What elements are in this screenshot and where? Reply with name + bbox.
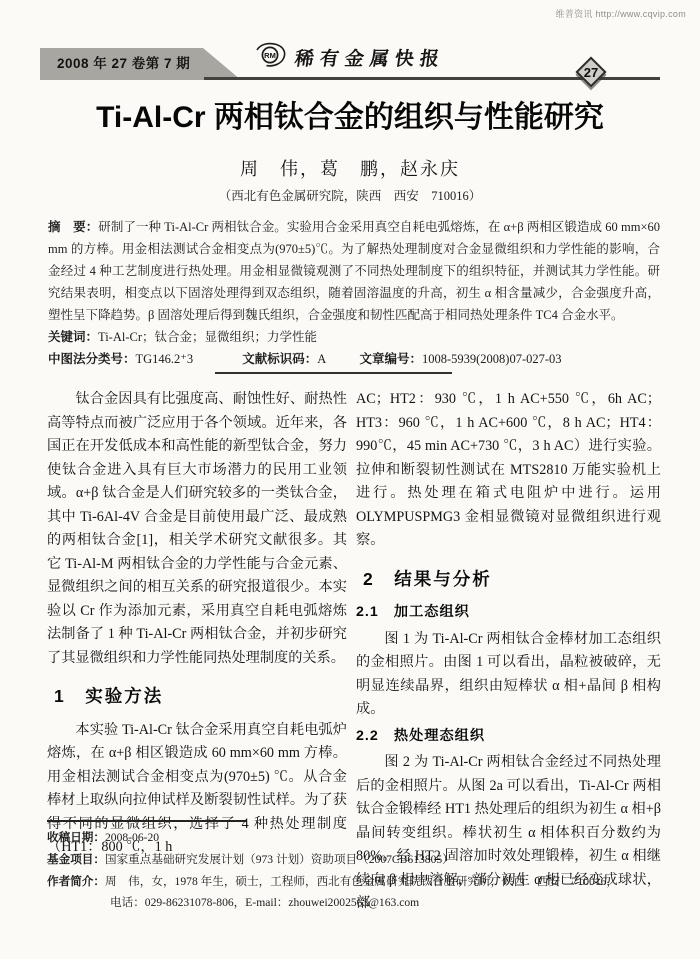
abstract-paragraph: 摘 要：研制了一种 Ti-Al-Cr 两相钛合金。实验用合金采用真空自耗电弧熔炼… [48,216,660,326]
watermark-text: 维普资讯 http://www.cqvip.com [555,7,686,20]
abstract-label: 摘 要： [48,220,98,234]
received-label: 收稿日期： [47,831,105,844]
abstract-block: 摘 要：研制了一种 Ti-Al-Cr 两相钛合金。实验用合金采用真空自耗电弧熔炼… [48,216,660,370]
abstract-text: 研制了一种 Ti-Al-Cr 两相钛合金。实验用合金采用真空自耗电弧熔炼，在 α… [48,220,660,322]
footer-block: 收稿日期：2008-06-20 基金项目：国家重点基础研究发展计划（973 计划… [47,827,662,914]
rm-logo-icon: RM [254,42,288,72]
journal-masthead-inner: RM 稀有金属快报 [254,42,445,72]
doc-code-pair: 文献标识码：A [242,348,326,370]
keywords-text: Ti-Al-Cr；钛合金；显微组织；力学性能 [98,330,317,344]
footer-divider [47,820,247,822]
doc-code-value: A [317,352,326,366]
journal-name: 稀有金属快报 [294,44,448,71]
received-row: 收稿日期：2008-06-20 [47,827,662,849]
section21-heading: 2.1 加工态组织 [356,601,661,625]
keywords-label: 关键词： [48,330,98,344]
page-number-badge: 27 [577,58,605,86]
keywords-line: 关键词：Ti-Al-Cr；钛合金；显微组织；力学性能 [48,326,660,348]
section1-heading: 1 实验方法 [54,685,347,709]
article-id-pair: 文章编号：1008-5939(2008)07-027-03 [359,348,561,370]
left-column: 钛合金因具有比强度高、耐蚀性好、耐热性高等特点而被广泛应用于各个领域。近年来，各… [47,388,347,860]
bio-line2: 电话：029-86231078-806，E-mail：zhouwei200256… [110,896,419,909]
section2-heading: 2 结果与分析 [363,568,661,592]
article-title: Ti-Al-Cr 两相钛合金的组织与性能研究 [0,92,700,136]
rm-logo-text: RM [265,51,277,60]
bio-contact-row: 电话：029-86231078-806，E-mail：zhouwei200256… [47,892,662,914]
bio-row: 作者简介：周 伟，女，1978 年生，硕士，工程师，西北有色金属研究院钛合金研究… [47,871,662,893]
article-id-label: 文章编号： [359,352,422,366]
affiliation-line: （西北有色金属研究院，陕西 西安 710016） [0,186,700,204]
clc-value: TG146.2⁺3 [136,352,194,366]
received-value: 2008-06-20 [105,831,159,844]
section22-heading: 2.2 热处理态组织 [356,725,661,749]
fund-label: 基金项目： [47,853,105,866]
clc-label: 中图法分类号： [48,352,136,366]
clc-pair: 中图法分类号：TG146.2⁺3 [48,348,193,370]
fund-row: 基金项目：国家重点基础研究发展计划（973 计划）资助项目（2007CB6138… [47,849,662,871]
page-number: 27 [577,58,605,86]
continuation-paragraph: AC；HT2：930 ℃，1 h AC+550 ℃，6h AC；HT3：960 … [356,388,661,553]
scanned-paper-page: 维普资讯 http://www.cqvip.com 2008 年 27 卷第 7… [0,0,700,959]
section21-paragraph: 图 1 为 Ti-Al-Cr 两相钛合金棒材加工态组织的金相照片。由图 1 可以… [356,628,661,722]
bio-label: 作者简介： [47,875,105,888]
article-id-value: 1008-5939(2008)07-027-03 [422,352,562,366]
authors-line: 周 伟，葛 鹏，赵永庆 [0,155,700,181]
doc-code-label: 文献标识码： [242,352,317,366]
intro-paragraph: 钛合金因具有比强度高、耐蚀性好、耐热性高等特点而被广泛应用于各个领域。近年来，各… [47,388,347,670]
fund-value: 国家重点基础研究发展计划（973 计划）资助项目（2007CB613805） [105,853,454,866]
bio-line1: 周 伟，女，1978 年生，硕士，工程师，西北有色金属研究院钛合金研究所，陕西 … [105,875,618,888]
section-divider [215,372,452,374]
classification-line: 中图法分类号：TG146.2⁺3 文献标识码：A 文章编号：1008-5939(… [48,348,660,370]
